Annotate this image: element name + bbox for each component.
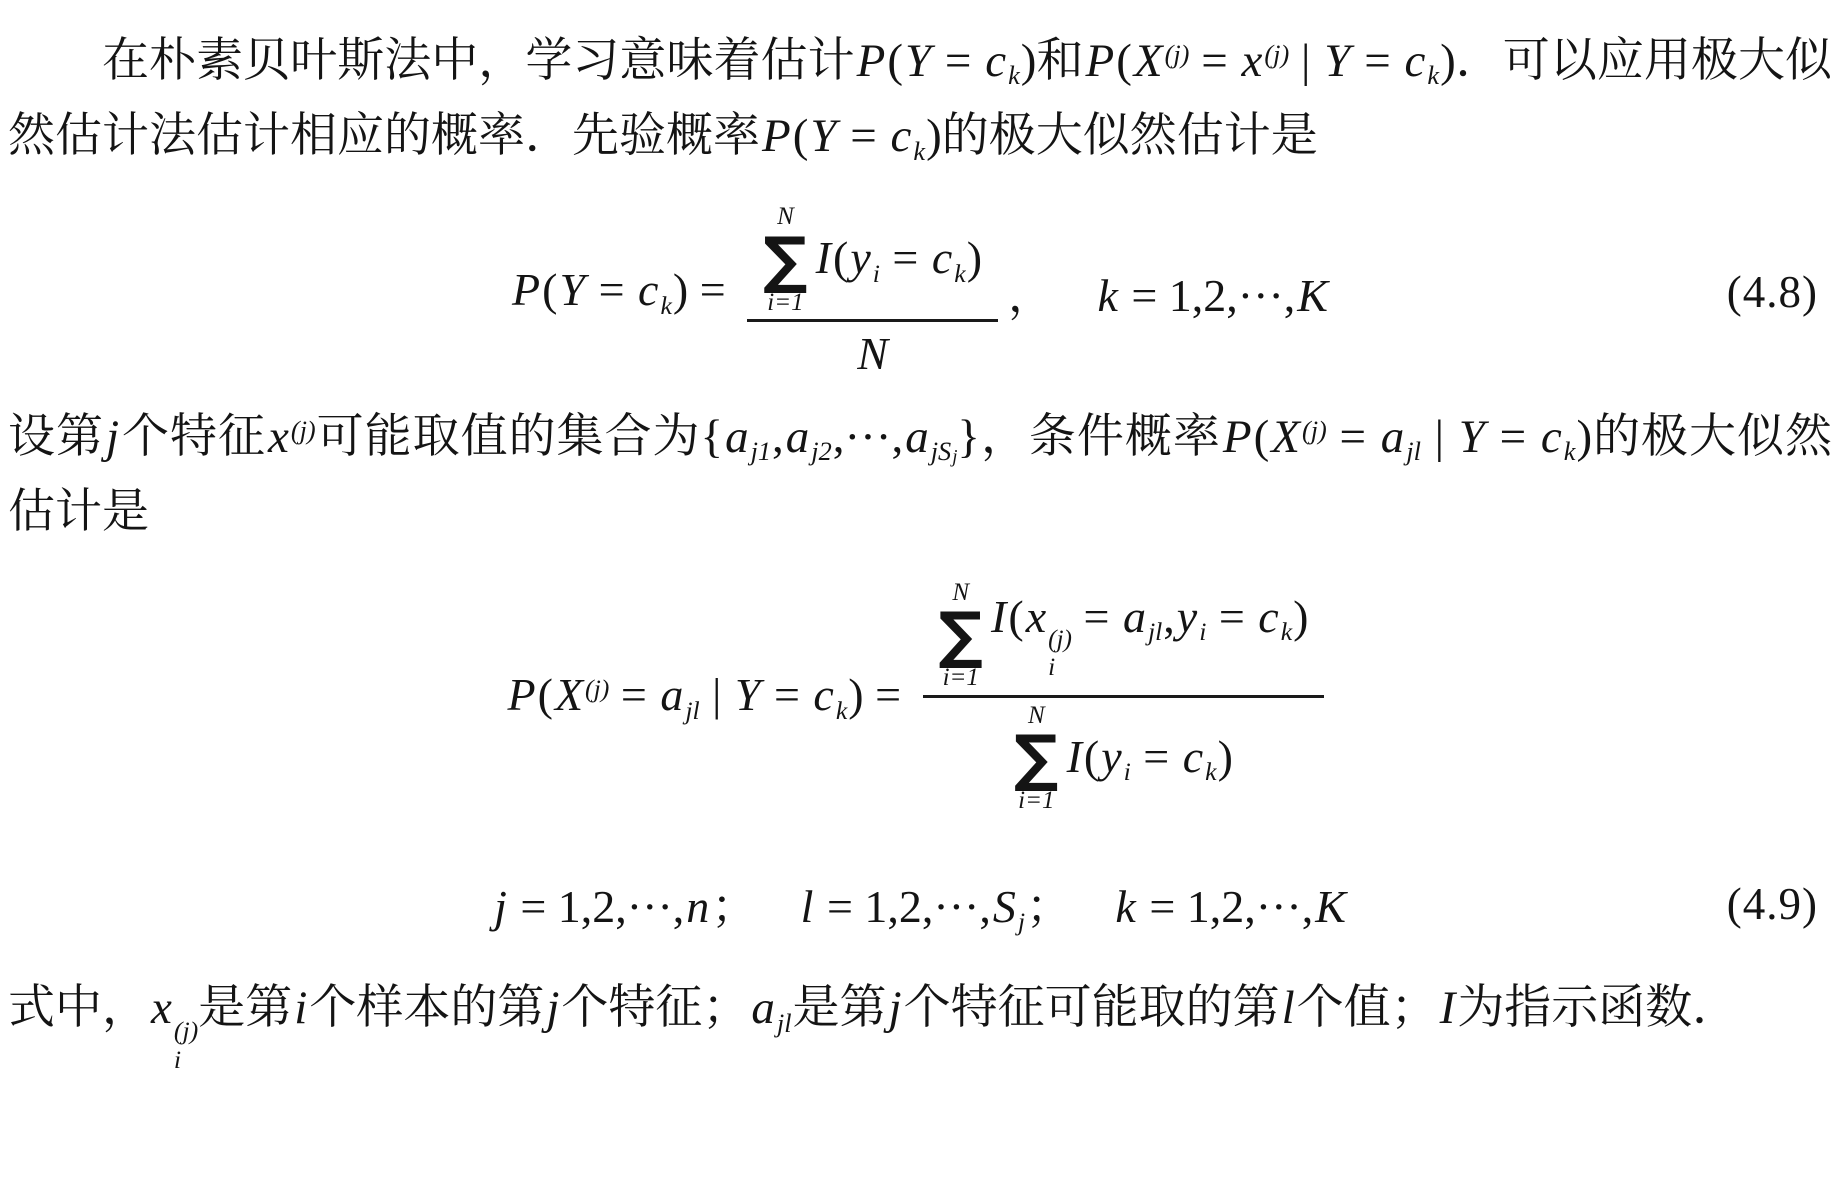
text-segment: Y — [557, 264, 587, 315]
text-segment: X — [1132, 35, 1165, 87]
text-segment: jl — [685, 696, 700, 725]
equation-number-4-9: (4.9) — [1727, 878, 1818, 930]
sum-operator: N ∑ i=1 — [763, 204, 808, 315]
text-segment: I — [989, 591, 1008, 642]
text-segment: 个样本的第 — [309, 982, 544, 1034]
text-segment: j1 — [751, 437, 772, 466]
text-segment: k — [836, 696, 848, 725]
eq48-lhs: P(Y = ck) = — [510, 263, 737, 320]
eq49-fraction-numerator: N ∑ i=1 I(x(j)i = ajl,yi = ck) — [923, 580, 1325, 697]
text-segment: ( — [1254, 411, 1270, 463]
text-segment: a — [749, 982, 777, 1034]
text-segment: = — [587, 264, 636, 315]
text-segment: c — [983, 35, 1008, 87]
text-segment: ) — [1293, 591, 1308, 642]
text-segment: = 1,2,···, — [1138, 881, 1313, 932]
text-segment: ， — [1008, 270, 1054, 321]
text-segment: ( — [887, 35, 903, 87]
text-segment: (j) — [1302, 416, 1327, 445]
text-segment: K — [1313, 881, 1348, 932]
eq48-denominator-expr: N — [855, 327, 890, 380]
text-segment: a — [1379, 411, 1407, 463]
eq49-fraction-denominator: N ∑ i=1 I(yi = ck) — [1014, 698, 1233, 814]
text-segment: = — [1352, 35, 1402, 87]
eq48-fraction: N ∑ i=1 I(yi = ck) N — [747, 204, 998, 379]
text-segment: = — [609, 669, 658, 720]
sum-lower-limit: i=1 — [767, 290, 803, 316]
paragraph-intro: 在朴素贝叶斯法中，学习意味着估计P(Y = ck)和P(X(j) = x(j) … — [8, 24, 1832, 174]
text-segment: a — [723, 411, 751, 463]
text-segment: k — [954, 259, 966, 288]
text-segment: = — [1132, 731, 1181, 782]
text-segment: = — [762, 669, 811, 720]
text-segment: K — [1295, 270, 1330, 321]
text-segment: jl — [777, 1009, 793, 1038]
text-segment: a — [1121, 591, 1148, 642]
text-segment: a — [658, 669, 685, 720]
eq49-numerator-expr: I(x(j)i = ajl,yi = ck) — [989, 590, 1308, 682]
text-segment: c — [889, 110, 914, 162]
text-segment: ) — [967, 232, 982, 283]
text-segment: ,···, — [833, 411, 903, 463]
text-segment: Y — [1322, 35, 1352, 87]
text-segment: = — [1189, 35, 1239, 87]
text-segment: ( — [793, 110, 809, 162]
text-segment: l — [799, 881, 816, 932]
equation-4-9: P(X(j) = ajl | Y = ck) = N ∑ i=1 I(x(j)i… — [8, 580, 1832, 814]
text-segment: | — [701, 669, 733, 720]
eq49-fraction: N ∑ i=1 I(x(j)i = ajl,yi = ck) N ∑ i=1 I… — [923, 580, 1325, 814]
text-segment: 的极大似然估计是 — [942, 110, 1318, 162]
text-segment: i — [873, 259, 881, 288]
text-segment: ( — [833, 232, 848, 283]
text-segment: { — [701, 411, 724, 463]
text-segment: ) — [1218, 731, 1233, 782]
text-segment: I — [1065, 731, 1084, 782]
text-segment: k — [1008, 61, 1021, 90]
text-segment: j — [104, 411, 121, 463]
text-segment: Y — [1457, 411, 1487, 463]
eq48-rhs: ，k = 1,2,···,K — [1008, 259, 1330, 325]
text-segment: ( — [542, 264, 557, 315]
text-segment: P — [855, 35, 888, 87]
text-segment: k — [1281, 617, 1293, 646]
sum-operator: N ∑ i=1 — [1014, 703, 1059, 814]
eq48-fraction-denominator: N — [855, 322, 890, 380]
text-segment: 式中， — [8, 982, 149, 1034]
text-segment: } — [957, 411, 980, 463]
text-segment: j — [887, 982, 904, 1034]
text-segment: n — [684, 881, 711, 932]
text-segment: ( — [1116, 35, 1132, 87]
text-segment: = — [1327, 411, 1379, 463]
eq49-denominator-expr: I(yi = ck) — [1065, 730, 1233, 787]
text-segment: c — [1181, 731, 1205, 782]
text-segment: ) — [926, 110, 942, 162]
text-segment: ； — [1026, 881, 1072, 932]
eq48-numerator-expr: I(yi = ck) — [814, 231, 982, 288]
text-segment: P — [506, 669, 538, 720]
stacked-subsup: (j)i — [174, 1017, 198, 1074]
text-segment: 在朴素贝叶斯法中，学习意味着估计 — [102, 35, 855, 87]
sum-lower-limit: i=1 — [1018, 788, 1054, 814]
text-segment: X — [553, 669, 585, 720]
text-segment: j2 — [811, 437, 832, 466]
text-segment: c — [1256, 591, 1280, 642]
text-segment: N — [855, 328, 890, 379]
text-segment: (j) — [291, 416, 316, 445]
text-segment: Y — [733, 669, 763, 720]
formula-prior-mle: P(Y = ck) = N ∑ i=1 I(yi = ck) N ，k = 1,… — [8, 204, 1832, 379]
text-segment: i — [1124, 757, 1132, 786]
text-segment: c — [930, 232, 954, 283]
text-segment: y — [848, 232, 872, 283]
text-segment: (j) — [585, 675, 609, 704]
text-segment: a — [903, 411, 931, 463]
text-segment: = 1,2,···, — [1120, 270, 1295, 321]
text-segment: c — [636, 264, 660, 315]
text-segment: 个特征可能取的第 — [904, 982, 1280, 1034]
sum-operator: N ∑ i=1 — [939, 580, 984, 691]
text-segment: = — [933, 35, 983, 87]
text-segment: P — [510, 264, 542, 315]
text-segment: 为指示函数． — [1457, 982, 1739, 1034]
eq49-lhs: P(X(j) = ajl | Y = ck) = — [506, 668, 913, 725]
text-segment: ( — [1008, 591, 1023, 642]
text-segment: 个特征； — [561, 982, 749, 1034]
text-segment: x — [149, 982, 174, 1034]
text-segment: ( — [538, 669, 553, 720]
text-segment: = — [1487, 411, 1539, 463]
stacked-subsup: (j)i — [1048, 626, 1072, 682]
text-segment: j — [1018, 907, 1026, 936]
text-segment: ) — [1440, 35, 1456, 87]
text-segment: (j) — [1264, 40, 1289, 69]
text-segment: ) = — [673, 264, 737, 315]
text-segment: x — [1024, 591, 1048, 642]
text-segment: y — [1175, 591, 1199, 642]
equation-4-9-conditions: j = 1,2,···,n；l = 1,2,···,Sj；k = 1,2,···… — [8, 870, 1832, 937]
text-segment: ，条件概率 — [980, 411, 1221, 463]
text-segment: , — [1163, 591, 1175, 642]
text-segment: x — [1240, 35, 1265, 87]
text-segment: = 1,2,···, — [815, 881, 990, 932]
text-segment: = — [839, 110, 889, 162]
text-segment: k — [660, 291, 672, 320]
sigma-icon: ∑ — [1014, 729, 1059, 788]
formula-conditional-mle: P(X(j) = ajl | Y = ck) = N ∑ i=1 I(x(j)i… — [8, 580, 1832, 814]
text-segment: I — [814, 232, 833, 283]
text-segment: 是第 — [793, 982, 887, 1034]
text-segment: jl — [1148, 617, 1163, 646]
text-segment: , — [772, 411, 784, 463]
text-segment: P — [1084, 35, 1117, 87]
text-segment: jS — [931, 437, 952, 466]
text-segment: i — [292, 982, 309, 1034]
text-segment: ； — [711, 881, 757, 932]
equation-number-4-8: (4.8) — [1727, 266, 1818, 318]
text-segment: c — [1539, 411, 1564, 463]
formula-index-ranges: j = 1,2,···,n；l = 1,2,···,Sj；k = 1,2,···… — [8, 870, 1832, 937]
text-segment: | — [1289, 35, 1322, 87]
sigma-icon: ∑ — [939, 606, 984, 665]
text-segment: Y — [903, 35, 933, 87]
paragraph-notes: 式中，x(j)i是第i个样本的第j个特征；ajl是第j个特征可能取的第l个值；I… — [8, 971, 1832, 1074]
text-segment: 个值； — [1297, 982, 1438, 1034]
text-segment: 是第 — [198, 982, 292, 1034]
text-segment: k — [1113, 881, 1137, 932]
text-segment: k — [913, 137, 926, 166]
text-segment: c — [1403, 35, 1428, 87]
text-segment: x — [266, 411, 291, 463]
text-segment: = — [1207, 591, 1256, 642]
text-segment: P — [760, 110, 793, 162]
text-segment: ( — [1084, 731, 1099, 782]
text-segment: = 1,2,···, — [509, 881, 684, 932]
text-segment: 设第 — [8, 411, 104, 463]
text-segment: X — [1269, 411, 1302, 463]
text-segment: c — [811, 669, 835, 720]
text-segment: (j) — [1165, 40, 1190, 69]
text-segment: j — [544, 982, 561, 1034]
paragraph-feature: 设第j个特征x(j)可能取值的集合为{aj1,aj2,···,ajSj}，条件概… — [8, 400, 1832, 550]
text-segment: l — [1280, 982, 1297, 1034]
text-segment: jl — [1406, 437, 1422, 466]
sigma-icon: ∑ — [763, 231, 808, 290]
text-segment: = — [881, 232, 930, 283]
text-segment: | — [1422, 411, 1457, 463]
text-segment: ) = — [848, 669, 912, 720]
text-segment: a — [784, 411, 812, 463]
text-segment: ) — [1576, 411, 1592, 463]
text-segment: 个特征 — [121, 411, 266, 463]
eq48-fraction-numerator: N ∑ i=1 I(yi = ck) — [747, 204, 998, 321]
text-segment: S — [991, 881, 1018, 932]
text-segment: y — [1099, 731, 1123, 782]
text-segment: j — [492, 881, 509, 932]
text-segment: P — [1221, 411, 1254, 463]
text-segment: I — [1438, 982, 1458, 1034]
equation-4-8: P(Y = ck) = N ∑ i=1 I(yi = ck) N ，k = 1,… — [8, 204, 1832, 379]
sum-lower-limit: i=1 — [943, 665, 979, 691]
text-segment: 可能取值的集合为 — [316, 411, 701, 463]
text-segment: k — [1095, 270, 1119, 321]
text-segment: k — [1427, 61, 1440, 90]
book-page: 在朴素贝叶斯法中，学习意味着估计P(Y = ck)和P(X(j) = x(j) … — [0, 0, 1842, 1180]
text-segment: Y — [808, 110, 838, 162]
eq49-conditions: j = 1,2,···,n；l = 1,2,···,Sj；k = 1,2,···… — [492, 870, 1348, 937]
text-segment: = — [1072, 591, 1121, 642]
text-segment: k — [1205, 757, 1217, 786]
text-segment: ) — [1021, 35, 1037, 87]
text-segment: 和 — [1036, 35, 1083, 87]
text-segment: k — [1564, 437, 1577, 466]
